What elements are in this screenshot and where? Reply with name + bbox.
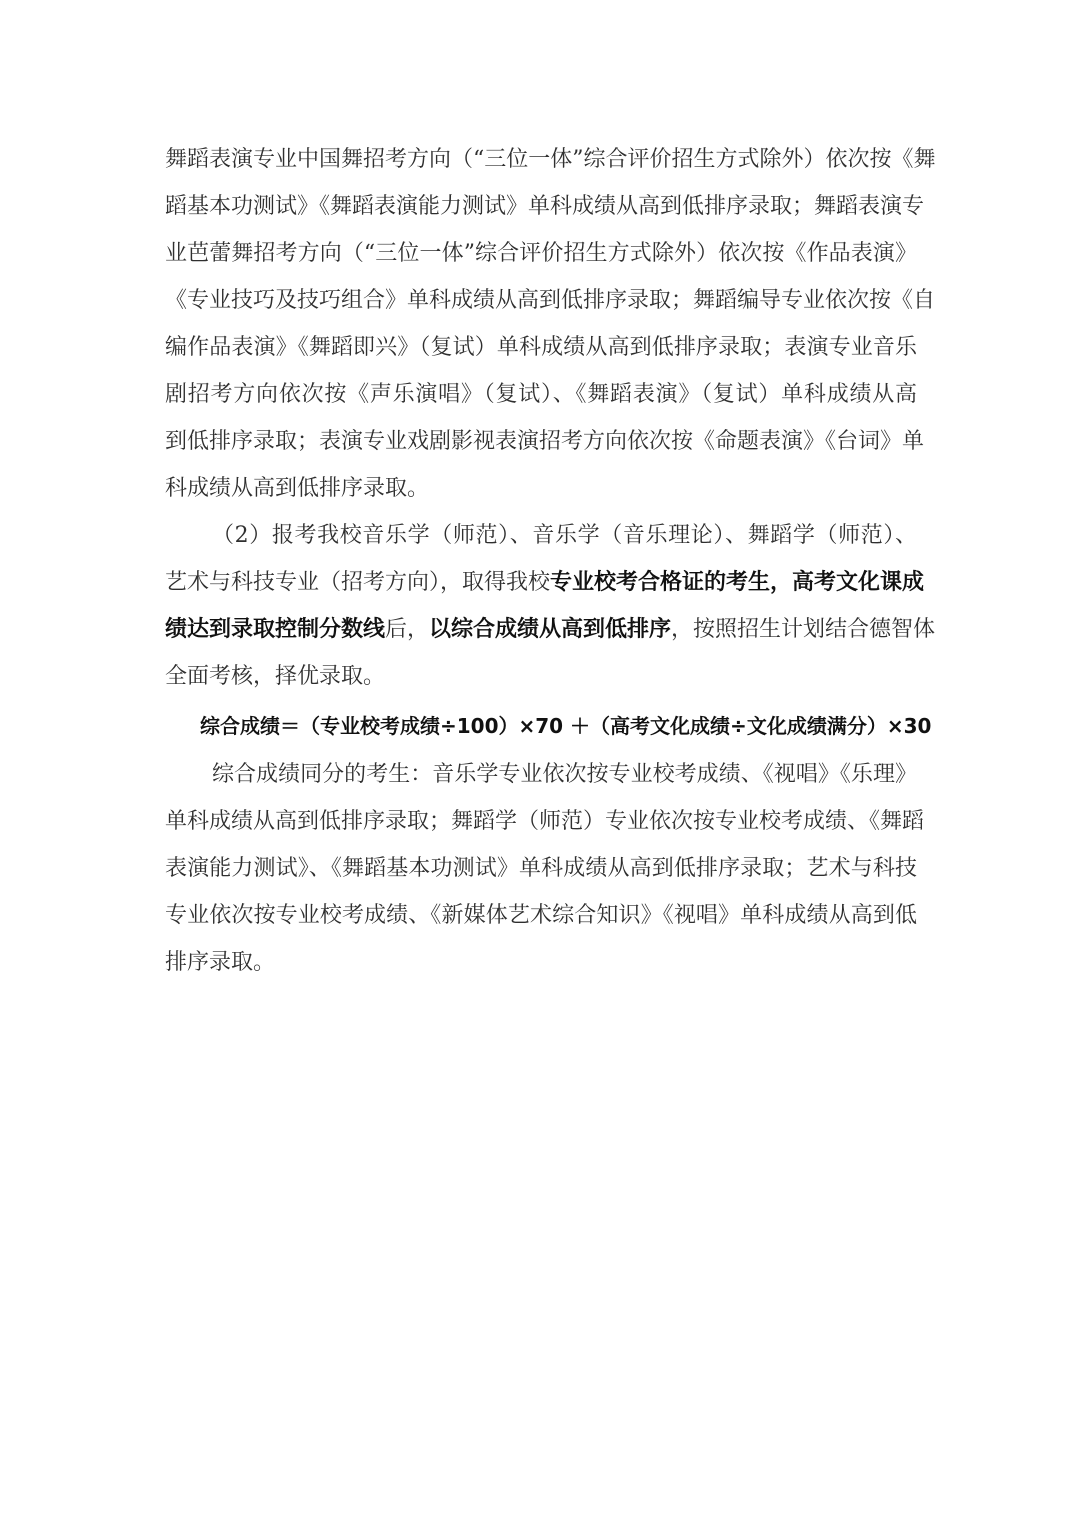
paragraph-line: 科成绩从高到低排序录取。	[165, 474, 917, 504]
paragraph-line: 业芭蕾舞招考方向（“三位一体”综合评价招生方式除外）依次按《作品表演》	[165, 239, 917, 269]
bold-text: 以综合成绩从高到低排序	[429, 617, 671, 642]
paragraph-line: 全面考核，择优录取。	[165, 662, 917, 692]
paragraph-line: 编作品表演》《舞蹈即兴》（复试）单科成绩从高到低排序录取；表演专业音乐	[165, 333, 917, 363]
normal-text: 艺术与科技专业（招考方向），取得我校	[165, 570, 550, 595]
paragraph-line: 到低排序录取；表演专业戏剧影视表演招考方向依次按《命题表演》《台词》单	[165, 427, 917, 457]
paragraph-line: 专业依次按专业校考成绩、《新媒体艺术综合知识》《视唱》单科成绩从高到低	[165, 901, 917, 931]
paragraph-line: 表演能力测试》、《舞蹈基本功测试》单科成绩从高到低排序录取；艺术与科技	[165, 854, 917, 884]
bold-text: 专业校考合格证的考生，高考文化课成	[550, 570, 924, 595]
paragraph-line: 综合成绩同分的考生：音乐学专业依次按专业校考成绩、《视唱》《乐理》	[212, 760, 917, 790]
paragraph-line: 艺术与科技专业（招考方向），取得我校专业校考合格证的考生，高考文化课成	[165, 568, 917, 598]
document-page: 舞蹈表演专业中国舞招考方向（“三位一体”综合评价招生方式除外）依次按《舞 蹈基本…	[0, 0, 1080, 1527]
paragraph-line: （2）报考我校音乐学（师范）、音乐学（音乐理论）、舞蹈学（师范）、	[212, 521, 917, 551]
normal-text: 后，	[385, 617, 429, 642]
paragraph-line: 剧招考方向依次按《声乐演唱》（复试）、《舞蹈表演》（复试）单科成绩从高	[165, 380, 917, 410]
paragraph-line: 单科成绩从高到低排序录取；舞蹈学（师范）专业依次按专业校考成绩、《舞蹈	[165, 807, 917, 837]
paragraph-line: 舞蹈表演专业中国舞招考方向（“三位一体”综合评价招生方式除外）依次按《舞	[165, 145, 917, 175]
bold-text: 绩达到录取控制分数线	[165, 617, 385, 642]
paragraph-line: 蹈基本功测试》《舞蹈表演能力测试》单科成绩从高到低排序录取；舞蹈表演专	[165, 192, 917, 222]
paragraph-line: 《专业技巧及技巧组合》单科成绩从高到低排序录取；舞蹈编导专业依次按《自	[165, 286, 917, 316]
normal-text: ，按照招生计划结合德智体	[671, 617, 935, 642]
paragraph-line: 绩达到录取控制分数线后，以综合成绩从高到低排序，按照招生计划结合德智体	[165, 615, 917, 645]
score-formula: 综合成绩＝（专业校考成绩÷100）×70 ＋（高考文化成绩÷文化成绩满分）×30	[200, 711, 890, 741]
paragraph-line: 排序录取。	[165, 948, 917, 978]
